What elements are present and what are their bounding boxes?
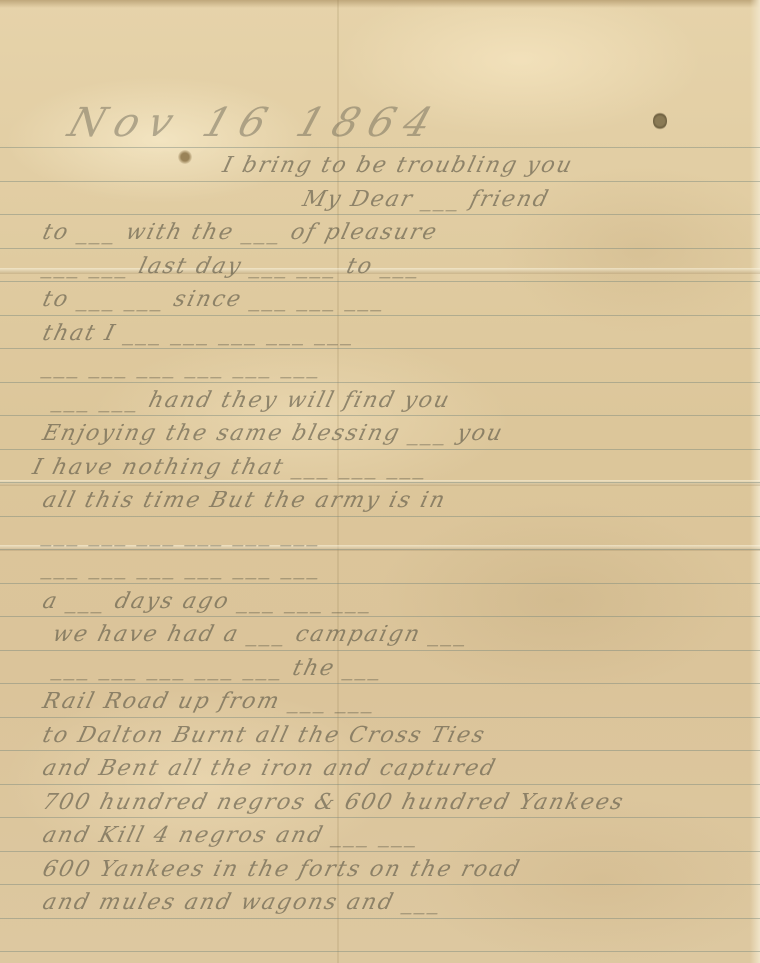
ruled-line — [0, 248, 760, 249]
handwritten-line: to ___ ___ since ___ ___ ___ — [40, 287, 760, 312]
ruled-line — [0, 817, 760, 818]
handwritten-line: ___ ___ ___ ___ ___ ___ — [40, 522, 760, 547]
ruled-line — [0, 951, 760, 952]
handwritten-line: ___ ___ ___ ___ ___ ___ — [40, 354, 760, 379]
ruled-line — [0, 884, 760, 885]
paper-top-edge — [0, 0, 760, 8]
ruled-line — [0, 549, 760, 550]
handwritten-line: ___ ___ hand they will find you — [50, 388, 760, 413]
handwritten-line: Rail Road up from ___ ___ — [40, 689, 760, 714]
handwritten-line: to Dalton Burnt all the Cross Ties — [40, 723, 760, 748]
handwritten-line: ___ ___ ___ ___ ___ the ___ — [50, 656, 760, 681]
letter-page: Nov 16 1864 I bring to be troubling youM… — [0, 0, 760, 963]
ruled-line — [0, 784, 760, 785]
ruled-line — [0, 348, 760, 349]
handwritten-line: ___ ___ ___ ___ ___ ___ — [40, 555, 760, 580]
ruled-line — [0, 482, 760, 483]
horizontal-fold-crease — [0, 480, 760, 486]
handwritten-line: I bring to be troubling you — [220, 153, 760, 178]
ink-stain — [178, 150, 192, 164]
ruled-line — [0, 382, 760, 383]
handwritten-line: we have had a ___ campaign ___ — [50, 622, 760, 647]
ruled-line — [0, 683, 760, 684]
handwritten-line: I have nothing that ___ ___ ___ — [30, 455, 760, 480]
ruled-line — [0, 650, 760, 651]
handwritten-line: 700 hundred negros & 600 hundred Yankees — [40, 790, 760, 815]
ruled-line — [0, 717, 760, 718]
ruled-line — [0, 281, 760, 282]
ruled-line — [0, 616, 760, 617]
handwritten-line: a ___ days ago ___ ___ ___ — [40, 589, 760, 614]
ruled-line — [0, 516, 760, 517]
date-heading: Nov 16 1864 — [63, 100, 448, 146]
handwritten-line: My Dear ___ friend — [300, 187, 760, 212]
handwritten-line: to ___ with the ___ of pleasure — [40, 220, 760, 245]
ruled-line — [0, 750, 760, 751]
handwritten-line: 600 Yankees in the forts on the road — [40, 857, 760, 882]
handwritten-line: that I ___ ___ ___ ___ ___ — [40, 321, 760, 346]
ruled-line — [0, 181, 760, 182]
handwritten-line: all this time But the army is in — [40, 488, 760, 513]
handwritten-line: and mules and wagons and ___ — [40, 890, 760, 915]
handwritten-line: Enjoying the same blessing ___ you — [40, 421, 760, 446]
ruled-line — [0, 583, 760, 584]
handwritten-line: ___ ___ last day ___ ___ to ___ — [40, 254, 760, 279]
ink-stain — [653, 112, 667, 130]
handwritten-line: and Kill 4 negros and ___ ___ — [40, 823, 760, 848]
ruled-line — [0, 918, 760, 919]
ruled-line — [0, 851, 760, 852]
handwritten-line: and Bent all the iron and captured — [40, 756, 760, 781]
ruled-line — [0, 147, 760, 148]
ruled-line — [0, 415, 760, 416]
ruled-line — [0, 315, 760, 316]
ruled-line — [0, 214, 760, 215]
ruled-line — [0, 449, 760, 450]
